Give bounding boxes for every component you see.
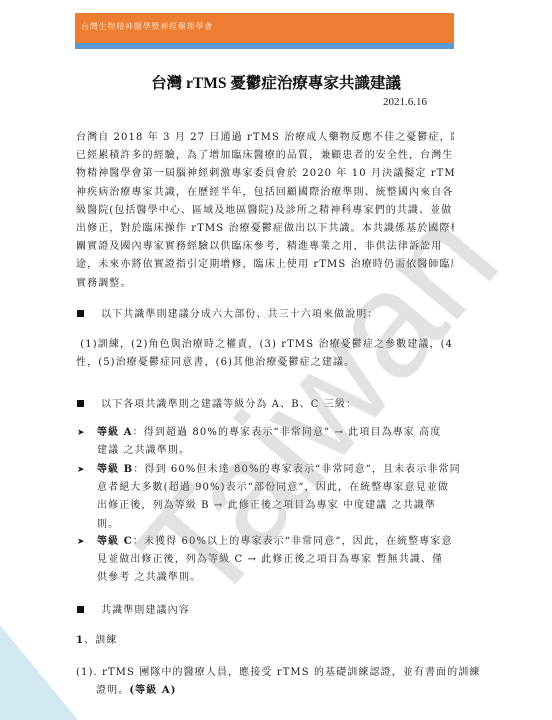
parts-line: (1)訓練，(2)角色與治療時之權責，(3) rTMS 治療憂鬱症之參數建議，(… (76, 336, 454, 354)
item-grade: (等級 A) (129, 685, 176, 696)
grade-label: 等級 A (97, 427, 133, 438)
grade-item-a: ➤ 等級 A：得到超過 80%的專家表示“非常同意” → 此項目為專家 高度 建… (77, 424, 441, 460)
grade-text: ：未獲得 60%以上的專家表示“非常同意“，因此，在統整專家意 (133, 536, 453, 547)
intro-paragraph: 台灣自 2018 年 3 月 27 日通過 rTMS 治療成人藥物反應不佳之憂鬱… (76, 129, 454, 293)
grade-line: 供參考 之共識準則。 (77, 569, 453, 587)
subsection-heading-training: 1、訓練 (76, 631, 117, 646)
training-item-1: (1). rTMS 團隊中的醫療人員，應接受 rTMS 的基礎訓練認證，並有書面… (76, 663, 480, 678)
arrowhead-bullet-icon: ➤ (77, 533, 86, 551)
grade-line: 則。 (77, 516, 461, 534)
grade-label: 等級 B (97, 464, 133, 475)
arrowhead-bullet-icon: ➤ (77, 461, 86, 479)
intro-line: 物精神醫學會第一屆腦神經刺激專家委員會於 2020 年 10 月決議擬定 rTM… (76, 165, 454, 183)
section-heading-text: 以下共識準則建議分成六大部份、共三十六項來做說明： (101, 309, 379, 320)
square-bullet-icon (77, 400, 84, 407)
section-heading-parts: 以下共識準則建議分成六大部份、共三十六項來做說明： (77, 305, 379, 320)
subsection-number: 1 (76, 635, 84, 646)
grade-label: 等級 C (97, 536, 133, 547)
item-text: rTMS 團隊中的醫療人員，應接受 rTMS 的基礎訓練認證，並有書面的訓練 (102, 667, 480, 678)
grade-item-b: ➤ 等級 B：得到 60%但未達 80%的專家表示“非常同意“，且未表示非常同 … (77, 461, 461, 534)
intro-line: 關實證及國內專家實務經驗以供臨床參考，精進專業之用，非供法律訴訟用 (76, 238, 454, 256)
parts-line: 性，(5)治療憂鬱症同意書，(6)其他治療憂鬱症之建議。 (76, 354, 454, 372)
subsection-title: 、訓練 (84, 635, 117, 646)
corner-decoration (0, 625, 78, 720)
square-bullet-icon (77, 310, 84, 317)
intro-line: 神疾病治療專家共識，在歷經半年，包括回顧國際治療準則、統整國內來自各 (76, 184, 454, 202)
arrowhead-bullet-icon: ➤ (77, 424, 86, 442)
intro-line: 出修正，對於臨床操作 rTMS 治療憂鬱症做出以下共識。本共識係基於國際相 (76, 220, 454, 238)
intro-line: 級醫院(包括醫學中心、區域及地區醫院)及診所之精神科專家們的共識、並做 (76, 202, 454, 220)
grade-line: 見並做出修正後，列為等級 C → 此修正後之項目為專家 暫無共識、僅 (77, 551, 453, 569)
grade-line: 等級 C：未獲得 60%以上的專家表示“非常同意“，因此，在統整專家意 (77, 533, 453, 551)
document-date: 2021.6.16 (383, 96, 427, 108)
grade-text: ：得到 60%但未達 80%的專家表示“非常同意“，且未表示非常同 (133, 464, 460, 475)
section-heading-content: 共識準則建議內容 (77, 601, 190, 616)
square-bullet-icon (77, 606, 84, 613)
training-item-1-continued: 證明。(等級 A) (96, 681, 177, 696)
page-title: 台灣 rTMS 憂鬱症治療專家共識建議 (0, 71, 552, 93)
parts-paragraph: (1)訓練，(2)角色與治療時之權責，(3) rTMS 治療憂鬱症之參數建議，(… (76, 336, 454, 372)
intro-line: 途，未來亦將依實證指引定期增修，臨床上使用 rTMS 治療時仍需依醫師臨床 (76, 256, 454, 274)
intro-line: 實務調整。 (76, 275, 454, 293)
intro-line: 台灣自 2018 年 3 月 27 日通過 rTMS 治療成人藥物反應不佳之憂鬱… (76, 129, 454, 147)
grade-line: 意者絕大多數(超過 90%)表示“部份同意“，因此，在統整專家意見並做 (77, 479, 461, 497)
organization-name: 台灣生物精神醫學暨神經藥理學會 (81, 21, 213, 32)
header-stripe (75, 43, 454, 49)
section-heading-text: 以下各項共識準則之建議等級分為 A、B、C 三級： (101, 399, 357, 410)
item-text: 證明。 (96, 685, 129, 696)
section-heading-text: 共識準則建議內容 (101, 605, 190, 616)
grade-text: ：得到超過 80%的專家表示“非常同意” → 此項目為專家 高度 (133, 427, 442, 438)
grade-line: 建議 之共識準則。 (77, 442, 441, 460)
grade-item-c: ➤ 等級 C：未獲得 60%以上的專家表示“非常同意“，因此，在統整專家意 見並… (77, 533, 453, 588)
grade-line: 等級 A：得到超過 80%的專家表示“非常同意” → 此項目為專家 高度 (77, 424, 441, 442)
section-heading-grades: 以下各項共識準則之建議等級分為 A、B、C 三級： (77, 395, 357, 410)
grade-line: 出修正後，列為等級 B → 此修正後之項目為專家 中度建議 之共識準 (77, 497, 461, 515)
grade-line: 等級 B：得到 60%但未達 80%的專家表示“非常同意“，且未表示非常同 (77, 461, 461, 479)
intro-line: 已經累積許多的經驗，為了增加臨床醫療的品質，兼顧患者的安全性，台灣生 (76, 147, 454, 165)
item-number: (1). (76, 667, 98, 678)
